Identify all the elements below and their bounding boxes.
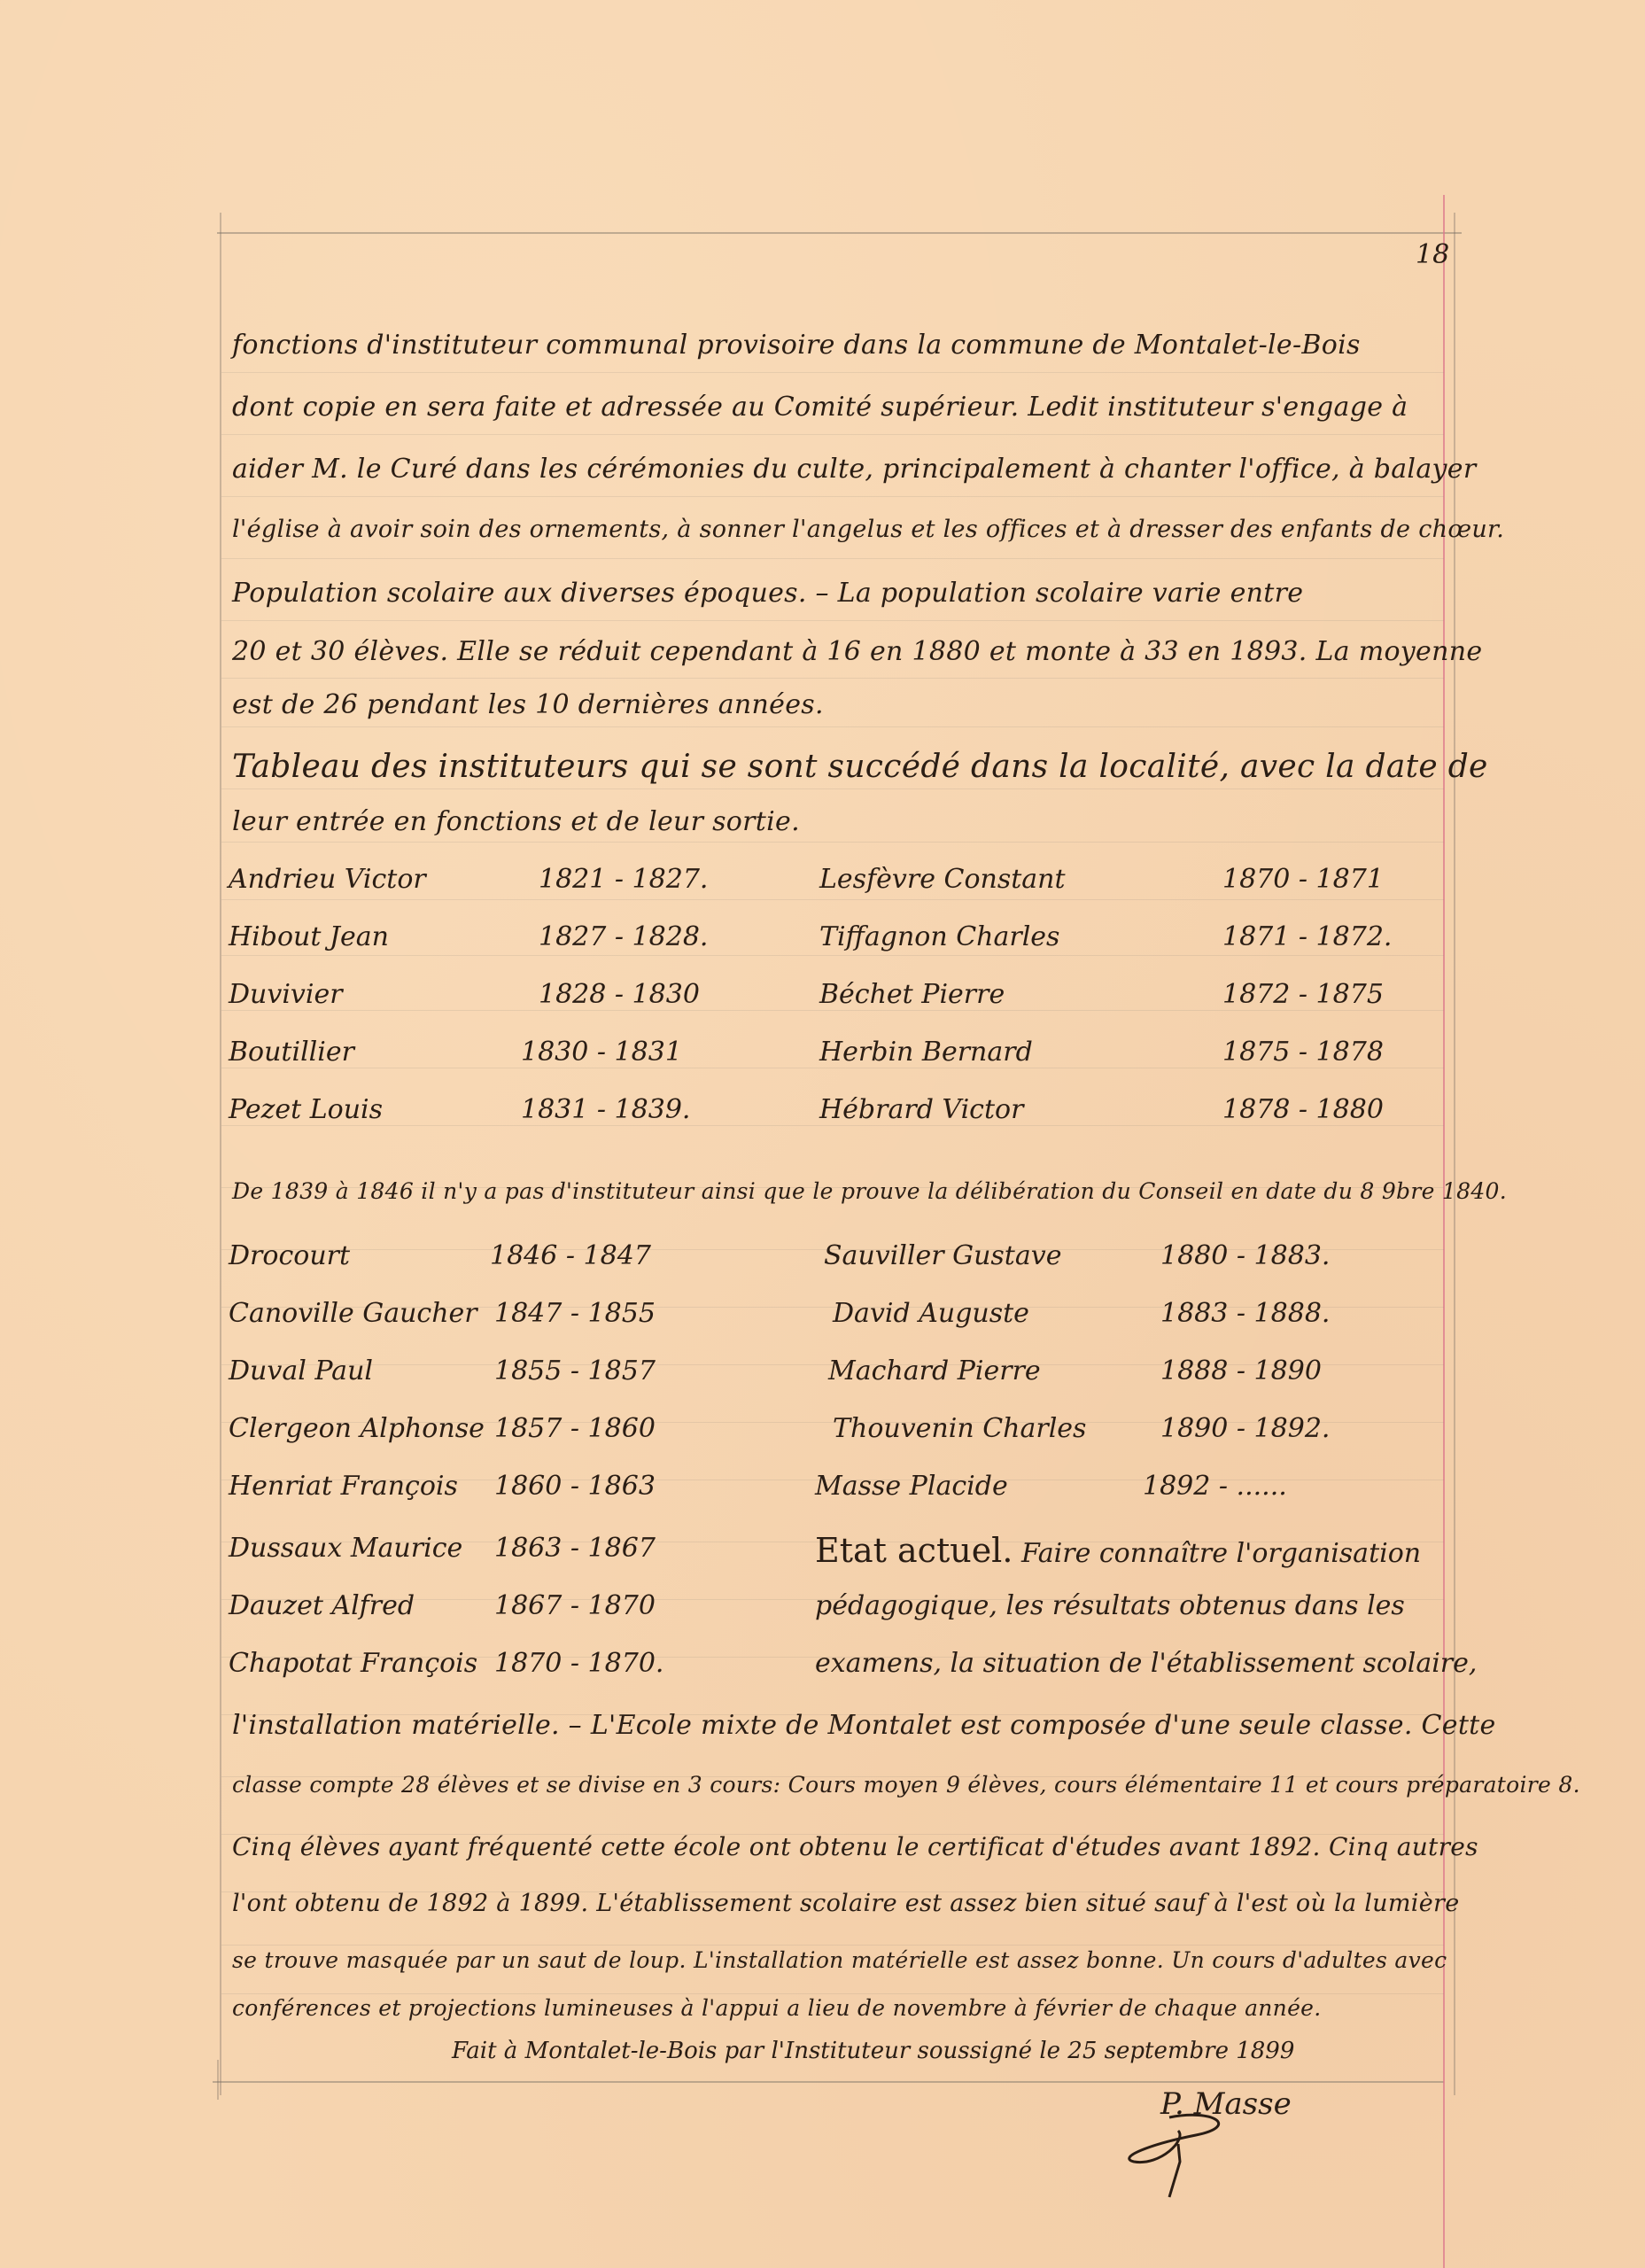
signature-flourish-icon	[1116, 2109, 1240, 2206]
teacher-row: Drocourt 1846 - 1847	[229, 1240, 778, 1271]
teacher-row: Thouvenin Charles 1890 - 1892.	[833, 1413, 1435, 1444]
teacher-row: Boutillier 1830 - 1831	[229, 1037, 778, 1068]
teacher-row: Hébrard Victor 1878 - 1880	[819, 1094, 1422, 1125]
teacher-years: 1880 - 1883.	[1160, 1240, 1330, 1271]
etat-actuel-full-line: l'ont obtenu de 1892 à 1899. L'établisse…	[232, 1890, 1437, 1917]
etat-actuel-text: Faire connaître l'organisation	[1021, 1538, 1421, 1569]
teacher-years: 1878 - 1880	[1222, 1094, 1384, 1125]
teacher-name: Chapotat François	[229, 1648, 477, 1679]
ruled-line	[221, 788, 1444, 789]
etat-actuel-full-line: se trouve masquée par un saut de loup. L…	[232, 1947, 1437, 1973]
teacher-name: Boutillier	[229, 1037, 354, 1068]
teacher-years: 1870 - 1871	[1222, 864, 1384, 895]
teacher-row: Machard Pierre 1888 - 1890	[828, 1355, 1431, 1386]
teacher-years: 1888 - 1890	[1160, 1355, 1322, 1386]
dated-line: Fait à Montalet-le-Bois par l'Instituteu…	[452, 2038, 1294, 2064]
etat-actuel-line: Etat actuel. Faire connaître l'organisat…	[815, 1531, 1435, 1570]
page-number: 18	[1416, 239, 1449, 270]
teacher-row: David Auguste 1883 - 1888.	[833, 1298, 1435, 1329]
teacher-name: Dussaux Maurice	[229, 1533, 462, 1564]
bottom-frame-rule	[213, 2081, 1444, 2083]
teacher-row: Duval Paul 1855 - 1857	[229, 1355, 778, 1386]
teacher-years: 1831 - 1839.	[521, 1094, 690, 1125]
teacher-row: Pezet Louis 1831 - 1839.	[229, 1094, 778, 1125]
teacher-years: 1855 - 1857	[494, 1355, 656, 1386]
teacher-row: Henriat François 1860 - 1863	[229, 1471, 778, 1502]
population-line: est de 26 pendant les 10 dernières année…	[232, 689, 1437, 720]
teacher-row: Béchet Pierre 1872 - 1875	[819, 979, 1422, 1010]
etat-actuel-line: examens, la situation de l'établissement…	[815, 1648, 1477, 1679]
teachers-table-heading: Tableau des instituteurs qui se sont suc…	[232, 749, 1437, 785]
teacher-years: 1883 - 1888.	[1160, 1298, 1330, 1329]
teacher-row: Lesfèvre Constant 1870 - 1871	[819, 864, 1422, 895]
gap-note: De 1839 à 1846 il n'y a pas d'instituteu…	[232, 1178, 1437, 1204]
teacher-row: Canoville Gaucher 1847 - 1855	[229, 1298, 778, 1329]
etat-actuel-title: Etat actuel.	[815, 1531, 1013, 1570]
intro-line: l'église à avoir soin des ornements, à s…	[232, 516, 1437, 543]
ruled-line	[221, 496, 1444, 497]
etat-actuel-line: pédagogique, les résultats obtenus dans …	[815, 1590, 1405, 1621]
teacher-name: Drocourt	[229, 1240, 350, 1271]
teacher-row: Herbin Bernard 1875 - 1878	[819, 1037, 1422, 1068]
teacher-name: Clergeon Alphonse	[229, 1413, 485, 1444]
intro-line: dont copie en sera faite et adressée au …	[232, 392, 1437, 423]
teachers-table-subheading: leur entrée en fonctions et de leur sort…	[232, 806, 1437, 837]
teacher-years: 1860 - 1863	[494, 1471, 656, 1502]
teacher-name: Sauviller Gustave	[824, 1240, 1061, 1271]
ruled-line	[221, 842, 1444, 843]
etat-actuel-full-line: conférences et projections lumineuses à …	[232, 1995, 1437, 2021]
teacher-row: Sauviller Gustave 1880 - 1883.	[824, 1240, 1426, 1271]
teacher-name: Andrieu Victor	[229, 864, 426, 895]
teacher-years: 1821 - 1827.	[539, 864, 708, 895]
teacher-row: Masse Placide 1892 - ......	[815, 1471, 1417, 1502]
teacher-name: Béchet Pierre	[819, 979, 1005, 1010]
ruled-line	[221, 620, 1444, 621]
teacher-name: Masse Placide	[815, 1471, 1008, 1502]
ruled-line	[221, 1068, 1444, 1068]
teacher-years: 1892 - ......	[1143, 1471, 1287, 1502]
left-frame-rule	[220, 213, 221, 2095]
ruled-line	[221, 1993, 1444, 1994]
teacher-row: Hibout Jean 1827 - 1828.	[229, 921, 778, 952]
teacher-years: 1828 - 1830	[539, 979, 700, 1010]
etat-actuel-full-line: l'installation matérielle. – L'Ecole mix…	[232, 1710, 1437, 1741]
ruled-line	[221, 726, 1444, 727]
teacher-years: 1871 - 1872.	[1222, 921, 1392, 952]
teacher-name: Tiffagnon Charles	[819, 921, 1059, 952]
etat-actuel-full-line: Cinq élèves ayant fréquenté cette école …	[232, 1832, 1437, 1861]
teacher-row: Dauzet Alfred 1867 - 1870	[229, 1590, 778, 1621]
teacher-years: 1827 - 1828.	[539, 921, 708, 952]
teacher-row: Clergeon Alphonse 1857 - 1860	[229, 1413, 778, 1444]
teacher-name: Hibout Jean	[229, 921, 389, 952]
teacher-name: Canoville Gaucher	[229, 1298, 477, 1329]
ruled-line	[221, 434, 1444, 435]
teacher-name: Dauzet Alfred	[229, 1590, 415, 1621]
teacher-name: Henriat François	[229, 1471, 458, 1502]
right-frame-rule	[1454, 213, 1455, 2095]
ruled-line	[221, 1125, 1444, 1126]
bottom-left-tick	[217, 2060, 219, 2100]
teacher-row: Tiffagnon Charles 1871 - 1872.	[819, 921, 1422, 952]
teacher-name: Pezet Louis	[229, 1094, 383, 1125]
ruled-line	[221, 1945, 1444, 1946]
teacher-row: Dussaux Maurice 1863 - 1867	[229, 1533, 778, 1564]
teacher-years: 1870 - 1870.	[494, 1648, 663, 1679]
population-heading-line: Population scolaire aux diverses époques…	[232, 578, 1437, 609]
teacher-name: Lesfèvre Constant	[819, 864, 1066, 895]
population-line: 20 et 30 élèves. Elle se réduit cependan…	[232, 636, 1437, 667]
intro-line: fonctions d'instituteur communal proviso…	[232, 330, 1437, 361]
top-frame-rule	[217, 232, 1462, 234]
ruled-line	[221, 899, 1444, 900]
teacher-name: Herbin Bernard	[819, 1037, 1033, 1068]
intro-line: aider M. le Curé dans les cérémonies du …	[232, 454, 1437, 485]
teacher-years: 1846 - 1847	[490, 1240, 651, 1271]
ruled-line	[221, 1010, 1444, 1011]
teacher-name: Hébrard Victor	[819, 1094, 1023, 1125]
teacher-years: 1872 - 1875	[1222, 979, 1384, 1010]
teacher-row: Chapotat François 1870 - 1870.	[229, 1648, 778, 1679]
teacher-row: Andrieu Victor 1821 - 1827.	[229, 864, 778, 895]
ruled-line	[221, 372, 1444, 373]
teacher-years: 1830 - 1831	[521, 1037, 682, 1068]
teacher-years: 1857 - 1860	[494, 1413, 656, 1444]
etat-actuel-full-line: classe compte 28 élèves et se divise en …	[232, 1772, 1437, 1798]
teacher-years: 1875 - 1878	[1222, 1037, 1384, 1068]
teacher-years: 1847 - 1855	[494, 1298, 656, 1329]
teacher-years: 1863 - 1867	[494, 1533, 656, 1564]
ruled-line	[221, 955, 1444, 956]
teacher-name: Duvivier	[229, 979, 343, 1010]
teacher-row: Duvivier 1828 - 1830	[229, 979, 778, 1010]
teacher-years: 1890 - 1892.	[1160, 1413, 1330, 1444]
teacher-name: Thouvenin Charles	[833, 1413, 1086, 1444]
teacher-name: Duval Paul	[229, 1355, 373, 1386]
ruled-line	[221, 678, 1444, 679]
teacher-name: Machard Pierre	[828, 1355, 1041, 1386]
ruled-line	[221, 558, 1444, 559]
teacher-name: David Auguste	[833, 1298, 1029, 1329]
teacher-years: 1867 - 1870	[494, 1590, 656, 1621]
